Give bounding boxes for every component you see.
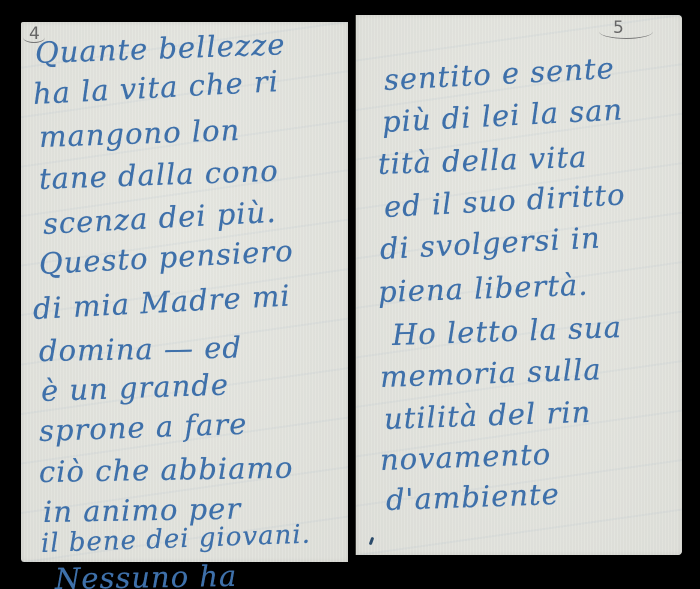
ink-spot (369, 537, 375, 546)
handwritten-line: Ho letto la sua (391, 310, 622, 352)
handwritten-line: tane dalla cono (38, 154, 279, 196)
handwritten-line: più di lei la san (381, 92, 624, 139)
handwritten-line: piena libertà. (377, 268, 589, 309)
page-number-right: 5 (613, 18, 624, 38)
handwritten-line: novamento (379, 437, 551, 477)
handwritten-line: di svolgersi in (379, 220, 601, 266)
handwritten-line: ciò che abbiamo (39, 451, 294, 489)
handwritten-line: tità della vita (377, 140, 588, 181)
handwritten-line: d'ambiente (385, 477, 560, 517)
handwritten-line: è un grande (40, 367, 229, 408)
handwritten-line: sprone a fare (38, 407, 247, 448)
handwritten-line: domina — ed (39, 330, 242, 368)
handwritten-line: Nessuno ha (55, 559, 238, 589)
handwritten-line: memoria sulla (379, 352, 602, 394)
right-page: 5 sentito e sente più di lei la san tità… (355, 15, 682, 555)
handwritten-line: sentito e sente (383, 51, 615, 97)
handwritten-line: Quante bellezze (34, 27, 286, 70)
handwritten-line: utilità del rin (383, 395, 591, 436)
handwritten-line: ha la vita che ri (32, 64, 280, 111)
handwritten-line: Questo pensiero (38, 234, 294, 281)
handwritten-line: di mia Madre mi (32, 279, 291, 326)
handwritten-line: scenza dei più. (42, 195, 277, 241)
handwritten-line: ed il suo diritto (383, 177, 626, 224)
left-page: 4 Quante bellezze ha la vita che ri mang… (21, 22, 348, 562)
page-number-arc (599, 24, 653, 39)
page-gutter (348, 20, 355, 564)
handwritten-line: mangono lon (38, 113, 240, 154)
